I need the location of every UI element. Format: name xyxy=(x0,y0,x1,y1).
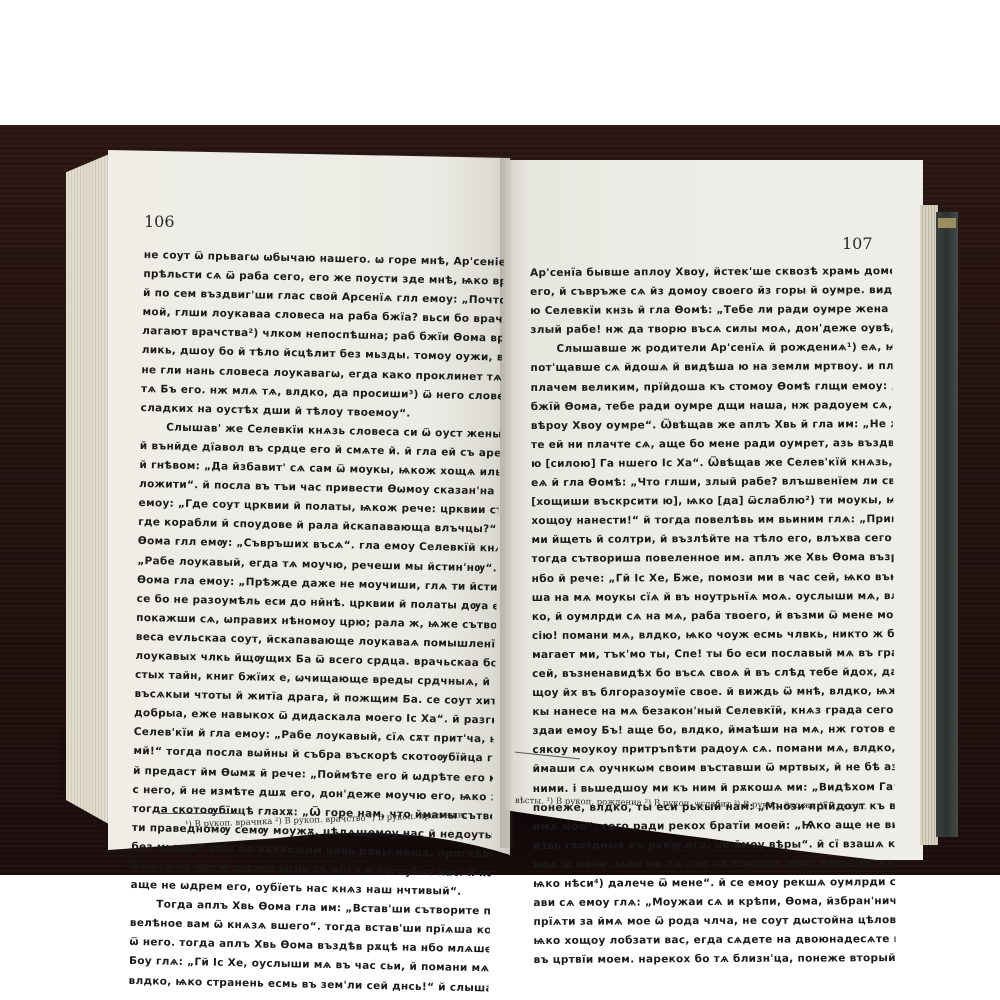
left-page-text: не соут ѿ прьвагѡ ѡбычаю нашего. ѡ горе … xyxy=(128,246,504,998)
text-line: здаи емоу Бъ! аще бо, влдко, ймаѣши на м… xyxy=(532,720,894,741)
right-page-number: 107 xyxy=(842,234,873,253)
text-line: Слышавше ж родители Ар'сенїѧ й рождениѧ¹… xyxy=(530,338,892,359)
text-line: еѧ й гла Ѳомѣ: „Что глши, злый рабе? влъ… xyxy=(531,472,893,493)
text-line: те ей ни плачте сѧ, аще бо мене ради оум… xyxy=(531,434,893,455)
text-line: ша на мѧ моукы сїѧ й въ ноутрьнїѧ моѧ. о… xyxy=(532,587,894,608)
text-line: прїѧти за ймѧ мое ѿ рода члча, не соут д… xyxy=(533,911,895,932)
text-line: щоу йх въ блгоразоумїе свое. й виждь ѿ м… xyxy=(532,682,894,703)
text-line: ави сѧ емоу глѧ: „Моужаи сѧ и крѣпи, Ѳом… xyxy=(533,892,895,913)
text-line: пот'щавше сѧ йдошѧ й видѣша ю на земли м… xyxy=(530,358,892,379)
text-line: [хощиши въскрсити ю], ѩко [да] ѿслаблю²)… xyxy=(531,491,893,512)
text-line: сей, възненавидѣх бо въсѧ своѧ й въ слѣд… xyxy=(532,663,894,684)
text-line: сію! помани мѧ, влдко, ѩко чоуж есмь члв… xyxy=(532,625,894,646)
text-line: плачем великим, прїйдоша къ стомоу Ѳомѣ … xyxy=(531,377,893,398)
left-page-edges xyxy=(66,152,114,827)
cover-corner xyxy=(938,218,956,228)
text-line: вѣроу Хвоу оумре“. Ѿвѣщав же аплъ Хвь й … xyxy=(531,415,893,436)
text-line: нбо й рече: „Гй Іс Хе, Бже, помози ми в … xyxy=(532,568,894,589)
text-line: ймаши сѧ оучнкѡм своим въставши ѿ мртвых… xyxy=(533,759,895,780)
text-line: ю Селевкїи кнзь й гла Ѳомѣ: „Тебе ли рад… xyxy=(530,300,892,321)
right-page-text: Ар'сенїа бывше аплоу Хвоу, йстек'ше скво… xyxy=(530,262,896,970)
text-line: йзвь гвоздных въ рѫкѹ его, не ймоу вѣры“… xyxy=(533,835,895,856)
text-line: ѩко нѣси⁴) далече ѿ мене“. й се емоу рек… xyxy=(533,873,895,894)
text-line: въ цртвїи моем. нарекох бо тѧ близн'ца, … xyxy=(534,949,896,970)
text-line: ю [силою] Га ншего Іс Ха“. Ѿвѣщав же Сел… xyxy=(531,453,893,474)
text-line: кы нанесе на мѧ безакон'ный Селевкїй, кн… xyxy=(532,701,894,722)
text-line: ко, й оумлрди сѧ на мѧ, раба твоего, й в… xyxy=(532,606,894,627)
text-line: бжїй Ѳома, тебе ради оумре дщи наша, нж … xyxy=(531,396,893,417)
text-line: моѧ ѿ мене. ѩви ми сѧ сам на помощь моѧ!… xyxy=(533,854,895,875)
text-line: ймѧ мое“, сего ради рекох братїи моей: „… xyxy=(533,816,895,837)
left-page-number: 106 xyxy=(144,212,175,231)
left-footnote-rule xyxy=(158,813,243,814)
text-line: ми йщеть й солтри, й възлѣйте на тѣло ег… xyxy=(531,529,893,550)
text-line: Ар'сенїа бывше аплоу Хвоу, йстек'ше скво… xyxy=(530,262,892,283)
text-line: ѩко хощоу лобзати вас, егда сѧдете на дв… xyxy=(533,930,895,951)
text-line: тогда сътвориша повеленное им. аплъ же Х… xyxy=(531,549,893,570)
text-line: его, й съвръже сѧ йз домоу своего йз гор… xyxy=(530,281,892,302)
text-line: магает ми, тък'мо ты, Спе! ты бо еси пос… xyxy=(532,644,894,665)
text-line: хощоу нанести!“ й тогда повелѣвь им вьин… xyxy=(531,510,893,531)
book-cover-spine xyxy=(936,212,958,837)
text-line: злый рабе! нж да творю въсѧ силы моѧ, до… xyxy=(530,319,892,340)
text-line: сякоу моукоу притръпѣти радоуѧ сѧ. поман… xyxy=(532,739,894,760)
